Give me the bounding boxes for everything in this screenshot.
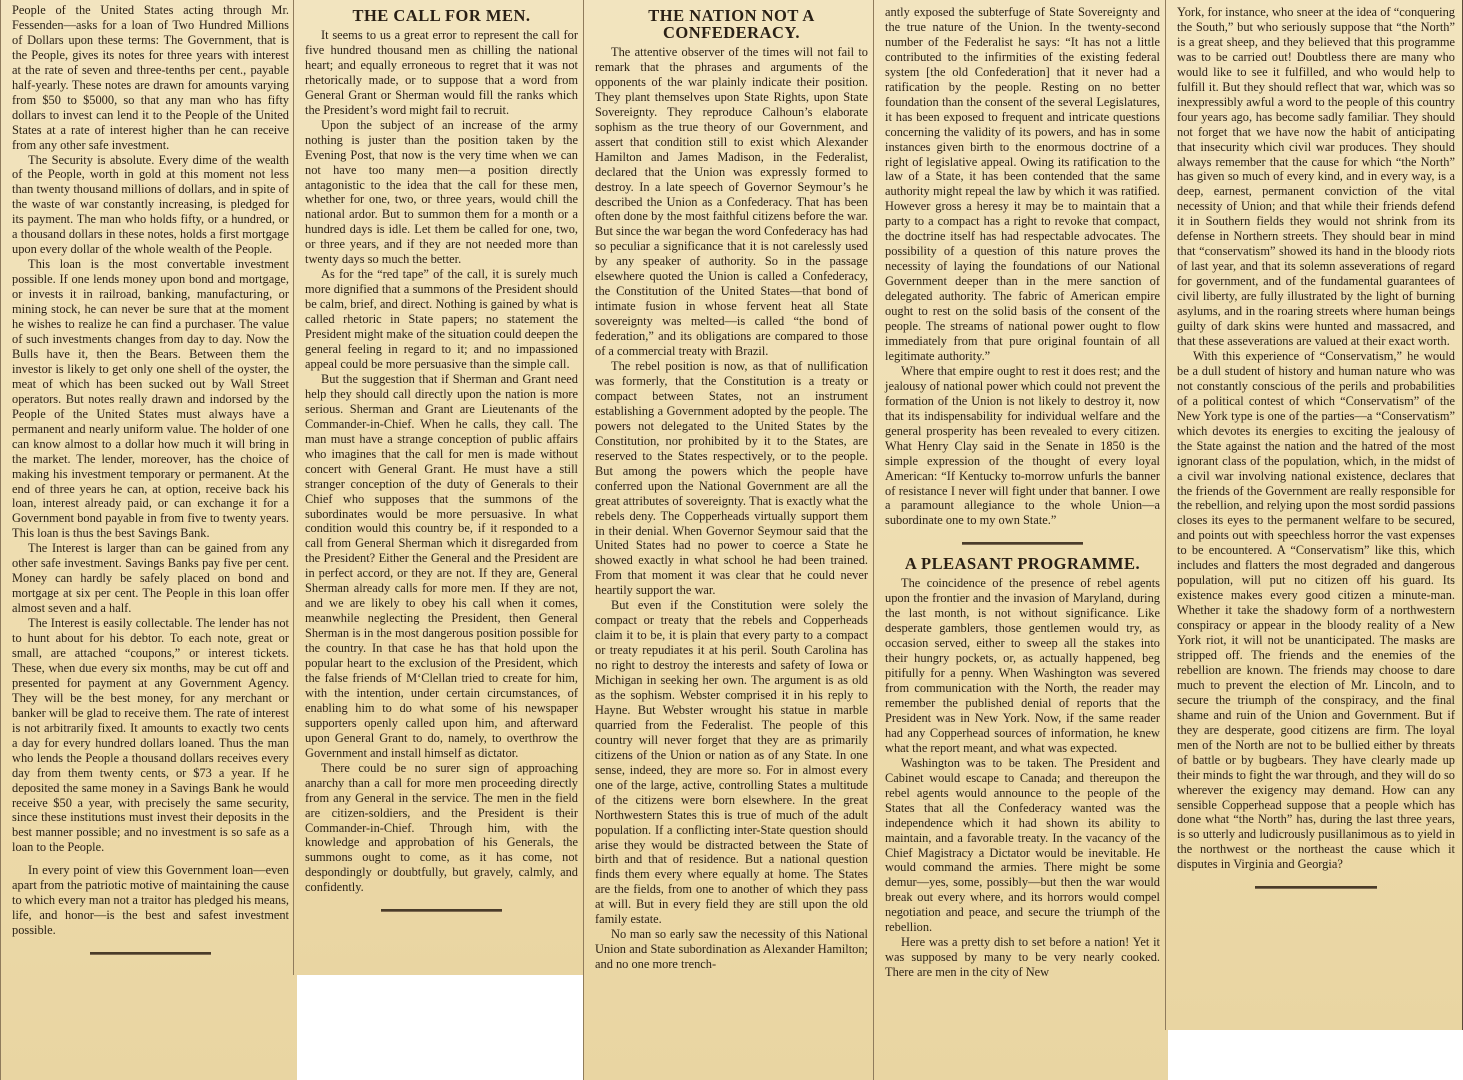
paragraph: People of the United States acting throu…: [12, 3, 289, 153]
paragraph: York, for instance, who sneer at the ide…: [1177, 5, 1455, 349]
section-divider: [90, 952, 212, 955]
article-headline: THE NATION NOT A CONFEDERACY.: [595, 7, 868, 41]
paragraph: In every point of view this Government l…: [12, 863, 289, 938]
paragraph: Washington was to be taken. The Presiden…: [885, 756, 1160, 935]
paragraph: As for the “red tape” of the call, it is…: [305, 267, 578, 372]
paragraph: It seems to us a great error to represen…: [305, 28, 578, 118]
paragraph: But the suggestion that if Sherman and G…: [305, 372, 578, 761]
paragraph: But even if the Constitution were solely…: [595, 598, 868, 927]
column-3-nation-not-confederacy: THE NATION NOT A CONFEDERACY. The attent…: [583, 0, 876, 1080]
paragraph: The rebel position is now, as that of nu…: [595, 359, 868, 598]
paragraph: antly exposed the subterfuge of State So…: [885, 5, 1160, 364]
paragraph: The Interest is easily collectable. The …: [12, 616, 289, 855]
section-divider: [381, 909, 501, 912]
column-1-loan-article: People of the United States acting throu…: [0, 0, 297, 1080]
paragraph: Where that empire ought to rest it does …: [885, 364, 1160, 528]
paragraph: The Interest is larger than can be gaine…: [12, 541, 289, 616]
column-2-call-for-men: THE CALL FOR MEN. It seems to us a great…: [293, 0, 586, 975]
article-headline: A PLEASANT PROGRAMME.: [885, 555, 1160, 572]
section-divider: [1255, 886, 1377, 889]
paragraph: With this experience of “Conservatism,” …: [1177, 349, 1455, 872]
paragraph: This loan is the most convertable invest…: [12, 257, 289, 541]
column-5-continuation: York, for instance, who sneer at the ide…: [1165, 0, 1463, 1030]
paragraph: Here was a pretty dish to set before a n…: [885, 935, 1160, 980]
column-4-continuation-and-pleasant-programme: antly exposed the subterfuge of State So…: [873, 0, 1168, 1080]
paragraph: The Security is absolute. Every dime of …: [12, 153, 289, 258]
paragraph: There could be no surer sign of approach…: [305, 761, 578, 896]
paragraph: No man so early saw the necessity of thi…: [595, 927, 868, 972]
section-divider: [962, 542, 1083, 545]
paragraph: Upon the subject of an increase of the a…: [305, 118, 578, 268]
paragraph: The attentive observer of the times will…: [595, 45, 868, 359]
article-headline: THE CALL FOR MEN.: [305, 7, 578, 24]
paragraph: The coincidence of the presence of rebel…: [885, 576, 1160, 755]
